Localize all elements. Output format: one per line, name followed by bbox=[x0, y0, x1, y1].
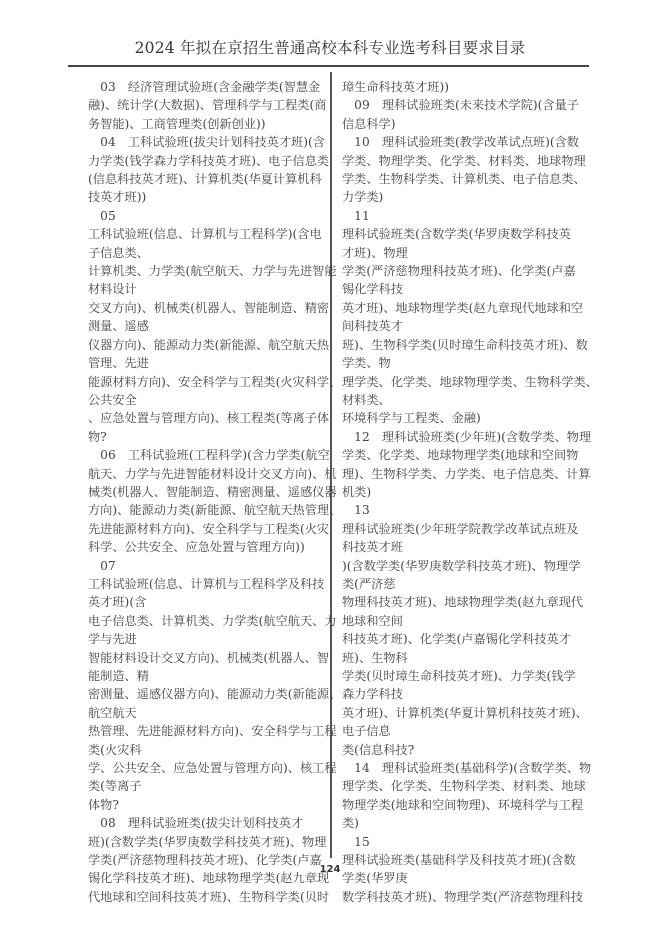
text-line: 航空航天 bbox=[88, 704, 326, 722]
text-line: 班)、生物科 bbox=[342, 649, 582, 667]
text-line: 学与先进 bbox=[88, 630, 326, 648]
text-line: 11 bbox=[342, 207, 582, 225]
text-line: 英才班)、地球物理学类(赵九章现代地球和空 bbox=[342, 299, 582, 317]
text-line: 计算机类、力学类(航空航天、力学与先进智能 bbox=[88, 262, 326, 280]
text-line: 力学类(钱学森力学科技英才班)、电子信息类 bbox=[88, 152, 326, 170]
text-line: 密测量、遥感仪器方向)、能源动力类(新能源、 bbox=[88, 685, 326, 703]
text-line: 物理科技英才班)、地球物理学类(赵九章现代 bbox=[342, 593, 582, 611]
text-line: 13 bbox=[342, 501, 582, 519]
text-line: 理)、生物科学类、力学类、电子信息类、计算 bbox=[342, 465, 582, 483]
text-line: 力学类) bbox=[342, 188, 582, 206]
text-line: 仪器方向)、能源动力类(新能源、航空航天热 bbox=[88, 336, 326, 354]
text-line: 物理学类(地球和空间物理)、环境科学与工程 bbox=[342, 796, 582, 814]
text-line: 理学类、化学类、生物科学类、材料类、地球 bbox=[342, 777, 582, 795]
text-line: 技英才班)) bbox=[88, 188, 326, 206]
right-column: 璋生命科技英才班)) 09 理科试验班类(未来技术学院)(含量子信息科学) 10… bbox=[342, 78, 582, 906]
text-line: 数学科技英才班)、物理学类(严济慈物理科技 bbox=[342, 888, 582, 906]
column-divider bbox=[330, 72, 332, 858]
text-line: 电子信息类、计算机类、力学类(航空航天、力 bbox=[88, 612, 326, 630]
text-line: 类(严济慈 bbox=[342, 575, 582, 593]
text-line: 方向)、能源动力类(新能源、航空航天热管理、 bbox=[88, 501, 326, 519]
text-line: 班)、生物科学类(贝时璋生命科技英才班)、数 bbox=[342, 336, 582, 354]
text-line: 科学、公共安全、应急处置与管理方向)) bbox=[88, 538, 326, 556]
text-line: 15 bbox=[342, 833, 582, 851]
text-line: )(含数学类(华罗庚数学科技英才班)、物理学 bbox=[342, 557, 582, 575]
text-line: 12 理科试验班类(少年班)(含数学类、物理 bbox=[342, 428, 582, 446]
text-line: 学类(贝时璋生命科技英才班)、力学类(钱学 bbox=[342, 667, 582, 685]
text-line: 理科试验班类(少年班学院教学改革试点班及 bbox=[342, 520, 582, 538]
text-line: 电子信息 bbox=[342, 722, 582, 740]
page-number: 124 bbox=[0, 864, 660, 875]
text-line: 09 理科试验班类(未来技术学院)(含量子 bbox=[342, 96, 582, 114]
text-line: 环境科学与工程类、金融) bbox=[342, 409, 582, 427]
text-line: 班)(含数学类(华罗庚数学科技英才班)、物理 bbox=[88, 833, 326, 851]
text-line: 07 bbox=[88, 557, 326, 575]
text-line: 务智能)、工商管理类(创新创业)) bbox=[88, 115, 326, 133]
text-line: 类) bbox=[342, 814, 582, 832]
text-line: (信息科技英才班)、计算机类(华夏计算机科 bbox=[88, 170, 326, 188]
text-line: 科技英才班)、化学类(卢嘉锡化学科技英才 bbox=[342, 630, 582, 648]
text-line: 璋生命科技英才班)) bbox=[342, 78, 582, 96]
text-line: 类(等离子 bbox=[88, 777, 326, 795]
text-line: 10 理科试验班类(教学改革试点班)(含数 bbox=[342, 133, 582, 151]
text-line: 械类(机器人、智能制造、精密测量、遥感仪器 bbox=[88, 483, 326, 501]
text-line: 科技英才班 bbox=[342, 538, 582, 556]
text-line: 学、公共安全、应急处置与管理方向)、核工程 bbox=[88, 759, 326, 777]
text-line: 先进能源材料方向)、安全科学与工程类(火灾 bbox=[88, 520, 326, 538]
title-divider-rule bbox=[68, 65, 589, 67]
text-line: 子信息类、 bbox=[88, 244, 326, 262]
text-line: 间科技英才 bbox=[342, 317, 582, 335]
text-line: 、应急处置与管理方向)、核工程类(等离子体 bbox=[88, 409, 326, 427]
text-line: 材料设计 bbox=[88, 280, 326, 298]
text-line: 05 bbox=[88, 207, 326, 225]
text-line: 工科试验班(信息、计算机与工程科学及科技 bbox=[88, 575, 326, 593]
text-line: 能制造、精 bbox=[88, 667, 326, 685]
text-line: 公共安全 bbox=[88, 391, 326, 409]
text-line: 代地球和空间科技英才班)、生物科学类(贝时 bbox=[88, 888, 326, 906]
text-line: 03 经济管理试验班(含金融学类(智慧金 bbox=[88, 78, 326, 96]
text-line: 学类、生物科学类、计算机类、电子信息类、 bbox=[342, 170, 582, 188]
text-line: 材料类、 bbox=[342, 391, 582, 409]
text-line: 类(火灾科 bbox=[88, 741, 326, 759]
text-line: 才班)、物理 bbox=[342, 244, 582, 262]
text-line: 08 理科试验班类(拔尖计划科技英才 bbox=[88, 814, 326, 832]
text-line: 测量、遥感 bbox=[88, 317, 326, 335]
text-line: 智能材料设计交叉方向)、机械类(机器人、智 bbox=[88, 649, 326, 667]
text-line: 14 理科试验班类(基础科学)(含数学类、物 bbox=[342, 759, 582, 777]
text-line: 信息科学) bbox=[342, 115, 582, 133]
text-line: 理学类、化学类、地球物理学类、生物科学类、 bbox=[342, 373, 582, 391]
text-line: 地球和空间 bbox=[342, 612, 582, 630]
text-line: 学类、物 bbox=[342, 354, 582, 372]
text-line: 机类) bbox=[342, 483, 582, 501]
text-line: 能源材料方向)、安全科学与工程类(火灾科学、 bbox=[88, 373, 326, 391]
text-line: 森力学科技 bbox=[342, 685, 582, 703]
text-line: 理科试验班类(含数学类(华罗庚数学科技英 bbox=[342, 225, 582, 243]
text-line: 04 工科试验班(拔尖计划科技英才班)(含 bbox=[88, 133, 326, 151]
text-line: 热管理、先进能源材料方向)、安全科学与工程 bbox=[88, 722, 326, 740]
text-line: 体物? bbox=[88, 796, 326, 814]
text-line: 管理、先进 bbox=[88, 354, 326, 372]
text-line: 物? bbox=[88, 428, 326, 446]
text-line: 融)、统计学(大数据)、管理科学与工程类(商 bbox=[88, 96, 326, 114]
left-column: 03 经济管理试验班(含金融学类(智慧金融)、统计学(大数据)、管理科学与工程类… bbox=[88, 78, 326, 906]
text-line: 英才班)、计算机类(华夏计算机科技英才班)、 bbox=[342, 704, 582, 722]
text-line: 学类、物理学类、化学类、材料类、地球物理 bbox=[342, 152, 582, 170]
text-line: 锡化学科技 bbox=[342, 280, 582, 298]
text-line: 交叉方向)、机械类(机器人、智能制造、精密 bbox=[88, 299, 326, 317]
text-line: 学类、化学类、地球物理学类(地球和空间物 bbox=[342, 446, 582, 464]
text-line: 英才班)(含 bbox=[88, 593, 326, 611]
page-title: 2024 年拟在京招生普通高校本科专业选考科目要求目录 bbox=[0, 36, 660, 58]
text-line: 航天、力学与先进智能材料设计交叉方向)、机 bbox=[88, 465, 326, 483]
text-line: 学类(严济慈物理科技英才班)、化学类(卢嘉 bbox=[342, 262, 582, 280]
text-line: 类(信息科技? bbox=[342, 741, 582, 759]
text-line: 06 工科试验班(工程科学)(含力学类(航空 bbox=[88, 446, 326, 464]
text-line: 工科试验班(信息、计算机与工程科学)(含电 bbox=[88, 225, 326, 243]
